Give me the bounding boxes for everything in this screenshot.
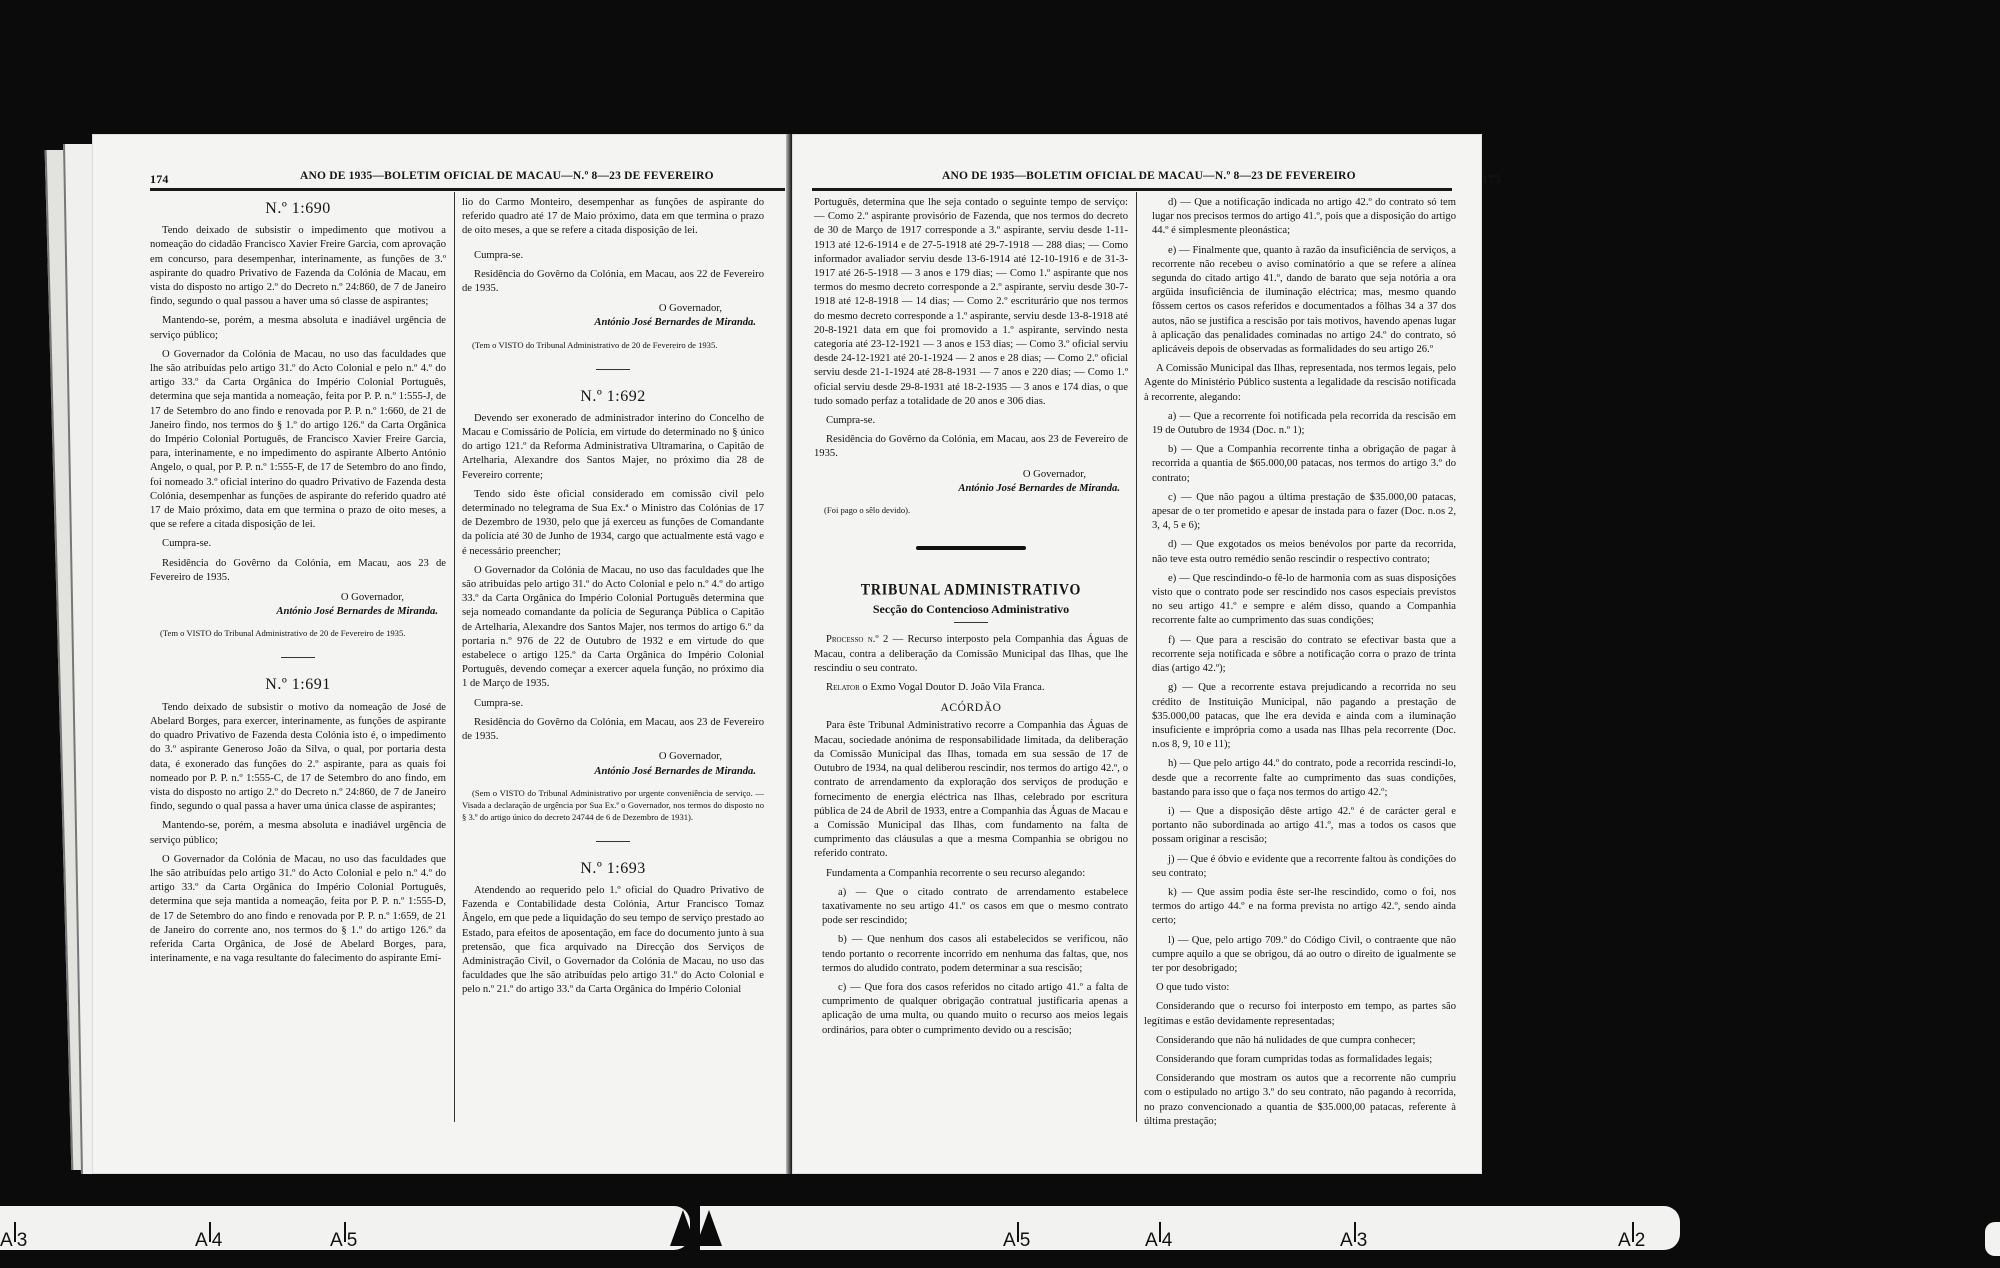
allegation-item: k) — Que assim podia êste ser-lhe rescin… <box>1144 886 1456 929</box>
paragraph: Atendendo ao requerido pelo 1.º oficial … <box>462 884 764 998</box>
running-head-text: ANO DE 1935—BOLETIM OFICIAL DE MACAU—N.º… <box>942 170 1356 182</box>
page-number: 175 <box>1482 172 1501 187</box>
allegation-item: b) — Que nenhum dos casos ali estabeleci… <box>814 933 1128 976</box>
allegation-item: b) — Que a Companhia recorrente tinha a … <box>1144 443 1456 486</box>
allegation-item: d) — Que a notificação indicada no artig… <box>1144 196 1456 239</box>
film-strip-end <box>1985 1222 2000 1256</box>
visto-note: (Tem o VISTO do Tribunal Administrativo … <box>150 627 446 639</box>
paragraph: Considerando que foram cumpridas todas a… <box>1144 1053 1456 1067</box>
left-page-column-2: lio do Carmo Monteiro, desempenhar as fu… <box>462 196 764 1003</box>
paragraph: O que tudo visto: <box>1144 981 1456 995</box>
decree-heading: N.º 1:691 <box>150 678 446 692</box>
film-notch <box>670 1210 696 1246</box>
frame-marker: A5 <box>330 1222 357 1252</box>
residence-line: Residência do Govêrno da Colónia, em Mac… <box>462 716 764 744</box>
paragraph: O Governador da Colónia de Macau, no uso… <box>150 348 446 533</box>
running-head-right: ANO DE 1935—BOLETIM OFICIAL DE MACAU—N.º… <box>942 170 1356 182</box>
right-page-column-2: d) — Que a notificação indicada no artig… <box>1144 196 1456 1134</box>
column-separator <box>454 192 455 1122</box>
cumpra-se: Cumpra-se. <box>462 249 764 263</box>
section-divider <box>596 369 630 370</box>
decree-heading: N.º 1:692 <box>462 390 764 404</box>
paragraph: Para êste Tribunal Administrativo recorr… <box>814 719 1128 861</box>
governor-title: O Governador, <box>462 750 722 764</box>
film-notch <box>696 1210 722 1246</box>
urgency-note: (Sem o VISTO do Tribunal Administrativo … <box>462 787 764 823</box>
frame-marker: A4 <box>195 1222 222 1252</box>
paragraph: Português, determina que lhe seja contad… <box>814 196 1128 409</box>
stamp-duty-note: (Foi pago o sêlo devido). <box>814 504 1128 516</box>
appellant-allegations-list: a) — Que o citado contrato de arrendamen… <box>814 886 1128 1038</box>
paragraph: Tendo sido êste oficial considerado em c… <box>462 488 764 559</box>
frame-marker: A5 <box>1003 1222 1030 1252</box>
appellant-allegations-continued: d) — Que a notificação indicada no artig… <box>1144 196 1456 357</box>
residence-line: Residência do Govêrno da Colónia, em Mac… <box>462 268 764 296</box>
tribunal-subtitle: Secção do Contencioso Administrativo <box>814 602 1128 616</box>
decree-heading: N.º 1:693 <box>462 862 764 876</box>
section-divider <box>954 622 988 623</box>
governor-title: O Governador, <box>150 591 404 605</box>
cumpra-se: Cumpra-se. <box>814 414 1128 428</box>
processo-label: Processo n.º 2 <box>826 634 888 645</box>
cumpra-se: Cumpra-se. <box>462 697 764 711</box>
header-rule <box>812 188 1452 191</box>
allegation-item: c) — Que não pagou a última prestação de… <box>1144 491 1456 534</box>
frame-marker: A3 <box>0 1222 27 1252</box>
governor-title: O Governador, <box>462 302 722 316</box>
processo-line: Processo n.º 2 — Recurso interposto pela… <box>814 633 1128 676</box>
governor-signature: António José Bernardes de Miranda. <box>462 765 756 779</box>
governor-signature: António José Bernardes de Miranda. <box>150 605 438 619</box>
paragraph: Fundamenta a Companhia recorrente o seu … <box>814 867 1128 881</box>
paragraph: lio do Carmo Monteiro, desempenhar as fu… <box>462 196 764 239</box>
allegation-item: e) — Finalmente que, quanto à razão da i… <box>1144 244 1456 358</box>
allegation-item: g) — Que a recorrente estava prejudicand… <box>1144 681 1456 752</box>
allegation-item: j) — Que é óbvio e evidente que a recorr… <box>1144 853 1456 881</box>
film-strip-right <box>700 1206 1680 1250</box>
governor-signature: António José Bernardes de Miranda. <box>814 482 1120 496</box>
relator-text: o Exmo Vogal Doutor D. João Vila Franca. <box>860 682 1045 693</box>
acordao-heading: ACÓRDÃO <box>814 701 1128 715</box>
allegation-item: c) — Que fora dos casos referidos no cit… <box>814 981 1128 1038</box>
header-rule <box>150 188 785 191</box>
allegation-item: e) — Que rescindindo-o fê-lo de harmonia… <box>1144 572 1456 629</box>
allegation-item: l) — Que, pelo artigo 709.º do Código Ci… <box>1144 934 1456 977</box>
decree-heading: N.º 1:690 <box>150 202 446 216</box>
visto-note: (Tem o VISTO do Tribunal Administrativo … <box>462 339 764 351</box>
right-page-column-1: Português, determina que lhe seja contad… <box>814 196 1128 1043</box>
allegation-item: f) — Que para a rescisão do contrato se … <box>1144 634 1456 677</box>
frame-marker: A3 <box>1340 1222 1367 1252</box>
allegation-item: a) — Que o citado contrato de arrendamen… <box>814 886 1128 929</box>
paragraph: Devendo ser exonerado de administrador i… <box>462 412 764 483</box>
frame-marker: A4 <box>1145 1222 1172 1252</box>
governor-signature: António José Bernardes de Miranda. <box>462 316 756 330</box>
frame-marker: A2 <box>1618 1222 1645 1252</box>
paragraph: A Comissão Municipal das Ilhas, represen… <box>1144 362 1456 405</box>
paragraph: Tendo deixado de subsistir o impedimento… <box>150 224 446 309</box>
paragraph: Tendo deixado de subsistir o motivo da n… <box>150 701 446 815</box>
paragraph: Considerando que mostram os autos que a … <box>1144 1072 1456 1129</box>
cumpra-se: Cumpra-se. <box>150 537 446 551</box>
left-page: 174 ANO DE 1935—BOLETIM OFICIAL DE MACAU… <box>92 134 792 1174</box>
paragraph: Considerando que não há nulidades de que… <box>1144 1034 1456 1048</box>
relator-line: Relator o Exmo Vogal Doutor D. João Vila… <box>814 681 1128 695</box>
left-page-column-1: N.º 1:690 Tendo deixado de subsistir o i… <box>150 196 446 971</box>
section-divider <box>916 546 1026 550</box>
residence-line: Residência do Govêrno da Colónia, em Mac… <box>150 557 446 585</box>
residence-line: Residência do Govêrno da Colónia, em Mac… <box>814 433 1128 461</box>
paragraph: Mantendo-se, porém, a mesma absoluta e i… <box>150 314 446 342</box>
tribunal-title: TRIBUNAL ADMINISTRATIVO <box>814 583 1128 599</box>
paragraph: O Governador da Colónia de Macau, no uso… <box>462 564 764 692</box>
paragraph: Mantendo-se, porém, a mesma absoluta e i… <box>150 819 446 847</box>
relator-label: Relator <box>826 682 860 693</box>
allegation-item: a) — Que a recorrente foi notificada pel… <box>1144 410 1456 438</box>
column-separator <box>1136 192 1137 1122</box>
allegation-item: i) — Que a disposição dêste artigo 42.º … <box>1144 805 1456 848</box>
governor-title: O Governador, <box>814 468 1086 482</box>
allegation-item: d) — Que exgotados os meios benévolos po… <box>1144 538 1456 566</box>
right-page: ANO DE 1935—BOLETIM OFICIAL DE MACAU—N.º… <box>792 134 1482 1174</box>
running-head-text: ANO DE 1935—BOLETIM OFICIAL DE MACAU—N.º… <box>300 170 714 182</box>
section-divider <box>596 841 630 842</box>
allegation-item: h) — Que pelo artigo 44.º do contrato, p… <box>1144 757 1456 800</box>
section-divider <box>281 657 315 658</box>
paragraph: Considerando que o recurso foi interpost… <box>1144 1000 1456 1028</box>
paragraph: O Governador da Colónia de Macau, no uso… <box>150 853 446 967</box>
respondent-allegations-list: a) — Que a recorrente foi notificada pel… <box>1144 410 1456 976</box>
page-number: 174 <box>150 172 169 187</box>
